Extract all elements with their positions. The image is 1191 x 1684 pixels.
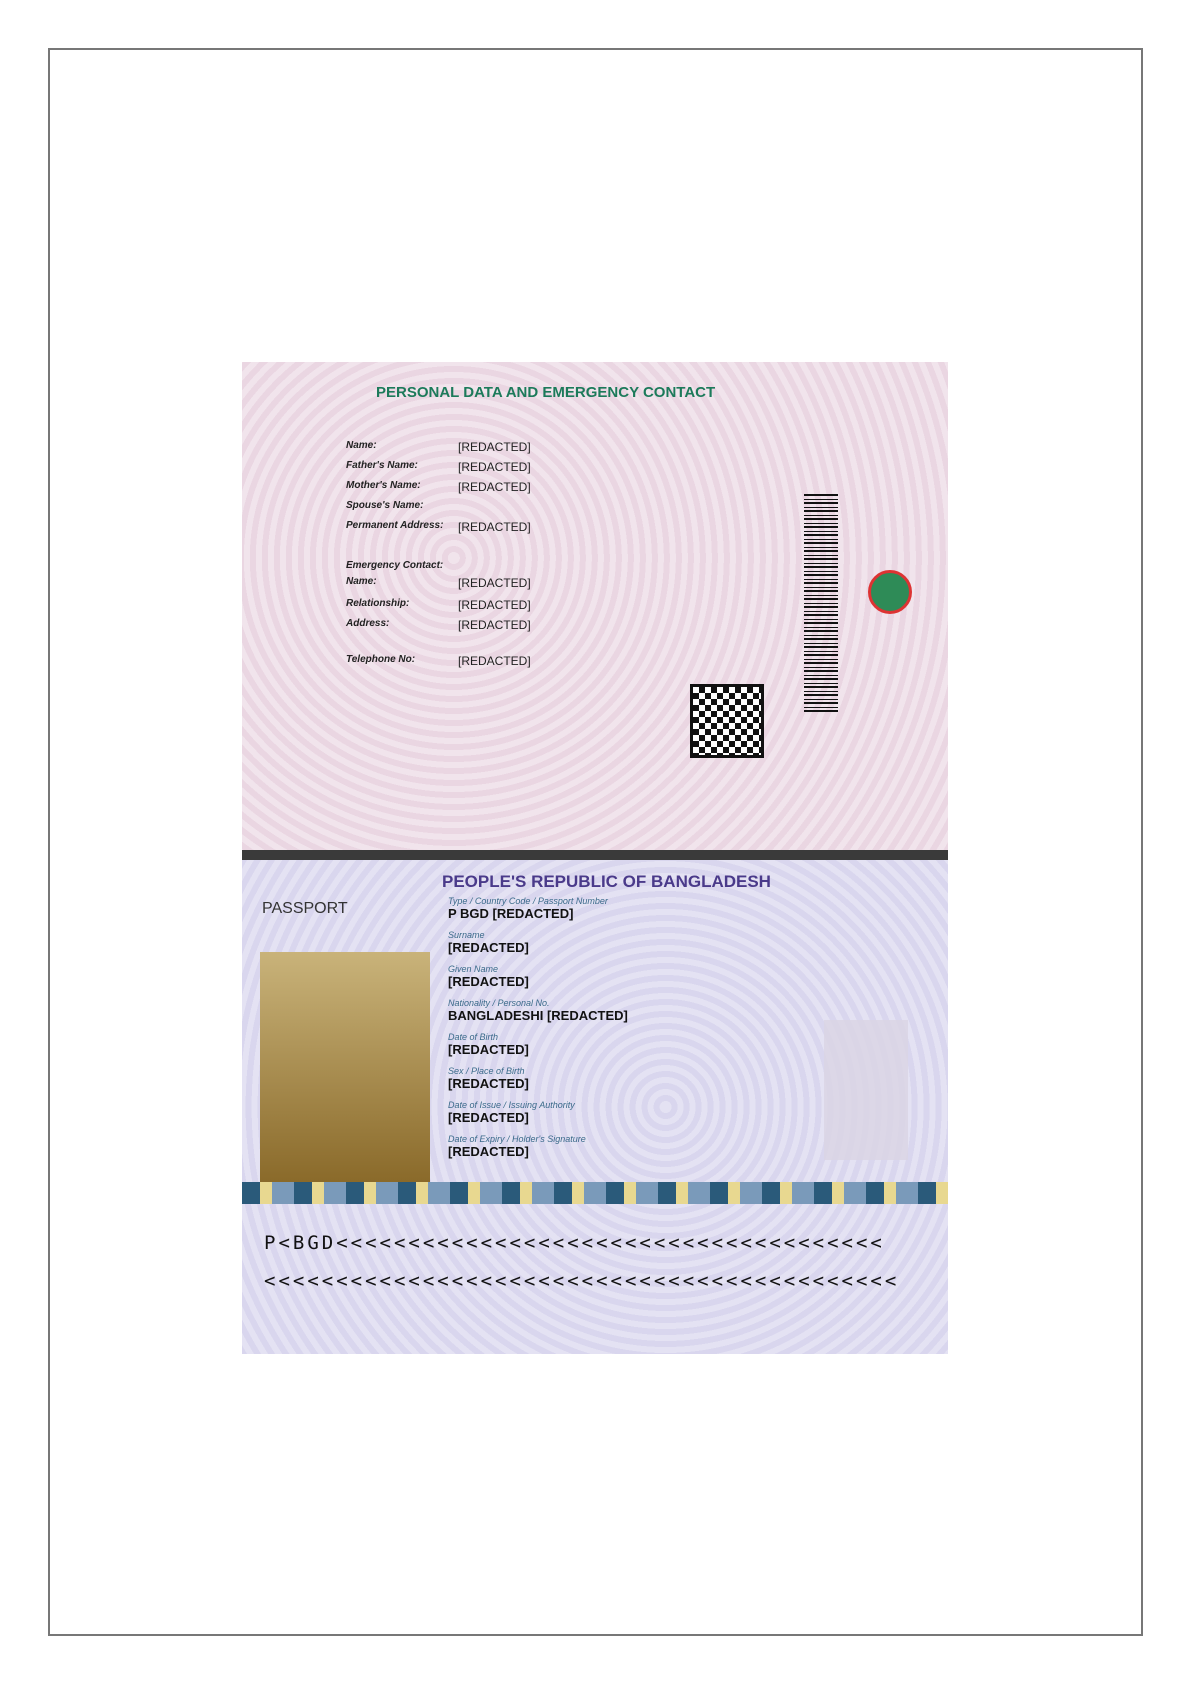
mrz-line-2: <<<<<<<<<<<<<<<<<<<<<<<<<<<<<<<<<<<<<<<<… <box>264 1270 899 1292</box>
field-value: [REDACTED] <box>458 440 531 454</box>
ghost-image-placeholder <box>824 1020 908 1160</box>
field-row: Spouse's Name: <box>346 500 458 511</box>
passport-scan: PERSONAL DATA AND EMERGENCY CONTACT Name… <box>242 362 948 1354</box>
security-strip <box>242 1182 948 1204</box>
field-value: P BGD [REDACTED] <box>448 906 573 921</box>
field-label: Address: <box>346 618 458 632</box>
field-value: [REDACTED] <box>448 974 529 989</box>
biographic-field: Date of Birth[REDACTED] <box>448 1032 529 1057</box>
field-row: Relationship:[REDACTED] <box>346 598 531 612</box>
qr-code <box>690 684 764 758</box>
biographic-page: PASSPORT PEOPLE'S REPUBLIC OF BANGLADESH… <box>242 860 948 1354</box>
field-label: Date of Birth <box>448 1032 529 1042</box>
field-label: Father's Name: <box>346 460 458 474</box>
field-value: [REDACTED] <box>458 460 531 474</box>
field-label: Spouse's Name: <box>346 500 458 511</box>
field-value: [REDACTED] <box>448 1042 529 1057</box>
field-value: [REDACTED] <box>458 480 531 494</box>
field-label: Sex / Place of Birth <box>448 1066 529 1076</box>
field-row: Name:[REDACTED] <box>346 440 531 454</box>
field-value: [REDACTED] <box>448 1144 529 1159</box>
field-row: Name:[REDACTED] <box>346 576 531 590</box>
field-label: Mother's Name: <box>346 480 458 494</box>
field-value: [REDACTED] <box>448 940 529 955</box>
field-row: Mother's Name:[REDACTED] <box>346 480 531 494</box>
field-value: [REDACTED] <box>458 576 531 590</box>
field-label: Permanent Address: <box>346 520 458 534</box>
holder-photo-placeholder <box>260 952 430 1182</box>
field-row: Telephone No:[REDACTED] <box>346 654 531 668</box>
field-value: [REDACTED] <box>448 1076 529 1091</box>
country-title: PEOPLE'S REPUBLIC OF BANGLADESH <box>442 872 771 892</box>
barcode <box>804 492 838 712</box>
biographic-field: Type / Country Code / Passport NumberP B… <box>448 896 608 921</box>
biographic-field: Date of Expiry / Holder's Signature[REDA… <box>448 1134 586 1159</box>
field-label: Relationship: <box>346 598 458 612</box>
field-label: Nationality / Personal No. <box>448 998 628 1008</box>
biographic-field: Given Name[REDACTED] <box>448 964 529 989</box>
biographic-field: Date of Issue / Issuing Authority[REDACT… <box>448 1100 575 1125</box>
field-value: [REDACTED] <box>458 520 531 534</box>
field-label: Emergency Contact: <box>346 560 458 571</box>
field-label: Surname <box>448 930 529 940</box>
passport-label: PASSPORT <box>262 900 348 918</box>
field-value: [REDACTED] <box>448 1110 529 1125</box>
field-label: Given Name <box>448 964 529 974</box>
field-row: Address:[REDACTED] <box>346 618 531 632</box>
mrz-line-1: P<BGD<<<<<<<<<<<<<<<<<<<<<<<<<<<<<<<<<<<… <box>264 1232 885 1254</box>
field-value: [REDACTED] <box>458 598 531 612</box>
field-value: [REDACTED] <box>458 618 531 632</box>
government-emblem-icon <box>868 570 912 614</box>
field-value: [REDACTED] <box>458 654 531 668</box>
field-row: Father's Name:[REDACTED] <box>346 460 531 474</box>
field-row: Emergency Contact: <box>346 560 458 571</box>
section-title: PERSONAL DATA AND EMERGENCY CONTACT <box>376 384 715 401</box>
field-label: Name: <box>346 440 458 454</box>
field-label: Telephone No: <box>346 654 458 668</box>
field-label: Date of Issue / Issuing Authority <box>448 1100 575 1110</box>
personal-data-page: PERSONAL DATA AND EMERGENCY CONTACT Name… <box>242 362 948 852</box>
field-row: Permanent Address:[REDACTED] <box>346 520 531 534</box>
biographic-field: Sex / Place of Birth[REDACTED] <box>448 1066 529 1091</box>
document-page: PERSONAL DATA AND EMERGENCY CONTACT Name… <box>0 0 1191 1684</box>
biographic-field: Nationality / Personal No.BANGLADESHI [R… <box>448 998 628 1023</box>
field-label: Date of Expiry / Holder's Signature <box>448 1134 586 1144</box>
field-value: BANGLADESHI [REDACTED] <box>448 1008 628 1023</box>
field-label: Name: <box>346 576 458 590</box>
field-label: Type / Country Code / Passport Number <box>448 896 608 906</box>
biographic-field: Surname[REDACTED] <box>448 930 529 955</box>
